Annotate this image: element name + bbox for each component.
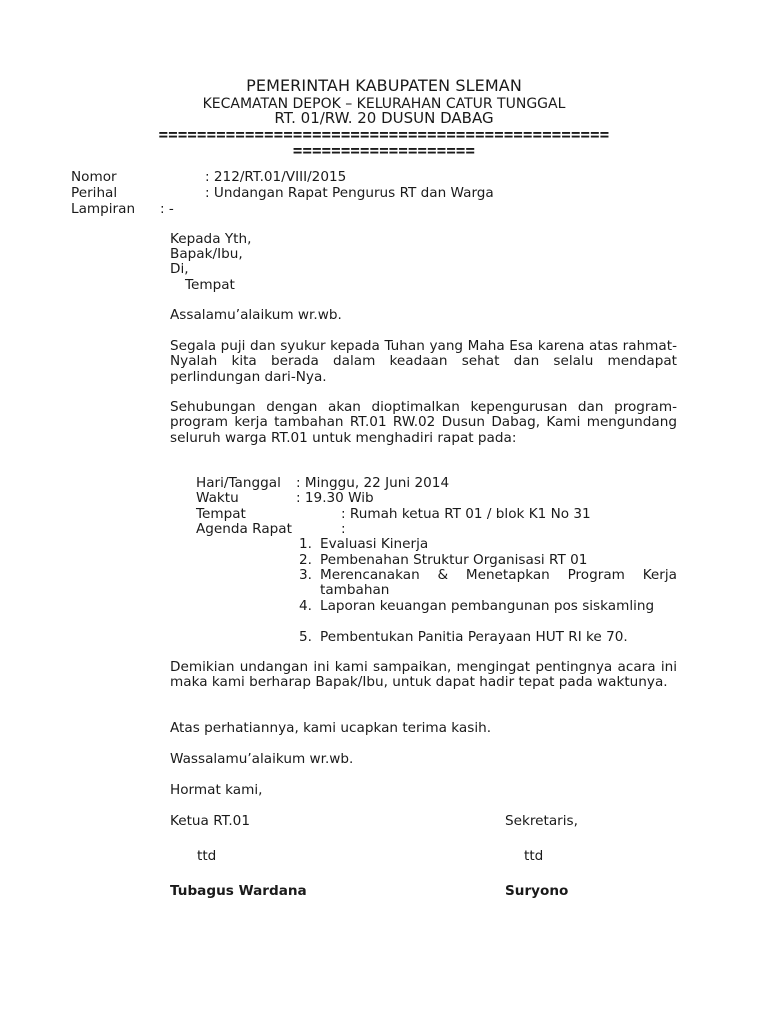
event-agenda-label: Agenda Rapat: [196, 522, 292, 537]
meta-nomor-label: Nomor: [71, 170, 117, 185]
agenda-item-text: Laporan keuangan pembangunan pos siskaml…: [320, 599, 677, 614]
body-paragraph-2: Sehubungan dengan akan dioptimalkan kepe…: [170, 400, 677, 446]
recipient-line-4: Tempat: [185, 278, 235, 293]
meta-perihal-value: : Undangan Rapat Pengurus RT dan Warga: [205, 186, 494, 201]
closing-paragraph: Demikian undangan ini kami sampaikan, me…: [170, 660, 677, 691]
signature-left-ttd: ttd: [197, 849, 216, 864]
agenda-item-text: Evaluasi Kinerja: [320, 537, 677, 552]
letterhead-government: PEMERINTAH KABUPATEN SLEMAN: [0, 78, 768, 93]
meta-lampiran-value: : -: [160, 202, 174, 217]
letterhead-rt-rw: RT. 01/RW. 20 DUSUN DABAG: [0, 111, 768, 126]
event-time-label: Waktu: [196, 491, 239, 506]
recipient-line-3: Di,: [170, 262, 189, 277]
agenda-item-text: Pembentukan Panitia Perayaan HUT RI ke 7…: [320, 630, 677, 645]
agenda-item-text: Merencanakan & Menetapkan Program Kerja …: [320, 568, 677, 599]
agenda-item-number: 4.: [299, 599, 312, 614]
meta-lampiran-label: Lampiran: [71, 202, 135, 217]
signature-right-ttd: ttd: [524, 849, 543, 864]
meta-nomor-value: : 212/RT.01/VIII/2015: [205, 170, 346, 185]
closing-thanks: Atas perhatiannya, kami ucapkan terima k…: [170, 721, 491, 736]
event-time-value: : 19.30 Wib: [296, 491, 374, 506]
signature-right-name: Suryono: [505, 884, 568, 899]
event-place-value: : Rumah ketua RT 01 / blok K1 No 31: [341, 507, 591, 522]
letterhead-divider-1: ========================================…: [0, 127, 768, 143]
opening-greeting: Assalamu’alaikum wr.wb.: [170, 308, 342, 323]
signature-left-name: Tubagus Wardana: [170, 884, 307, 899]
letterhead-divider-2: ===================: [0, 143, 768, 159]
agenda-item-number: 1.: [299, 537, 312, 552]
body-paragraph-1: Segala puji dan syukur kepada Tuhan yang…: [170, 339, 677, 385]
agenda-item-number: 3.: [299, 568, 312, 583]
closing-hormat: Hormat kami,: [170, 783, 262, 798]
agenda-item-number: 5.: [299, 630, 312, 645]
signature-left-title: Ketua RT.01: [170, 814, 250, 829]
meta-perihal-label: Perihal: [71, 186, 117, 201]
closing-salam: Wassalamu’alaikum wr.wb.: [170, 752, 353, 767]
signature-right-title: Sekretaris,: [505, 814, 578, 829]
